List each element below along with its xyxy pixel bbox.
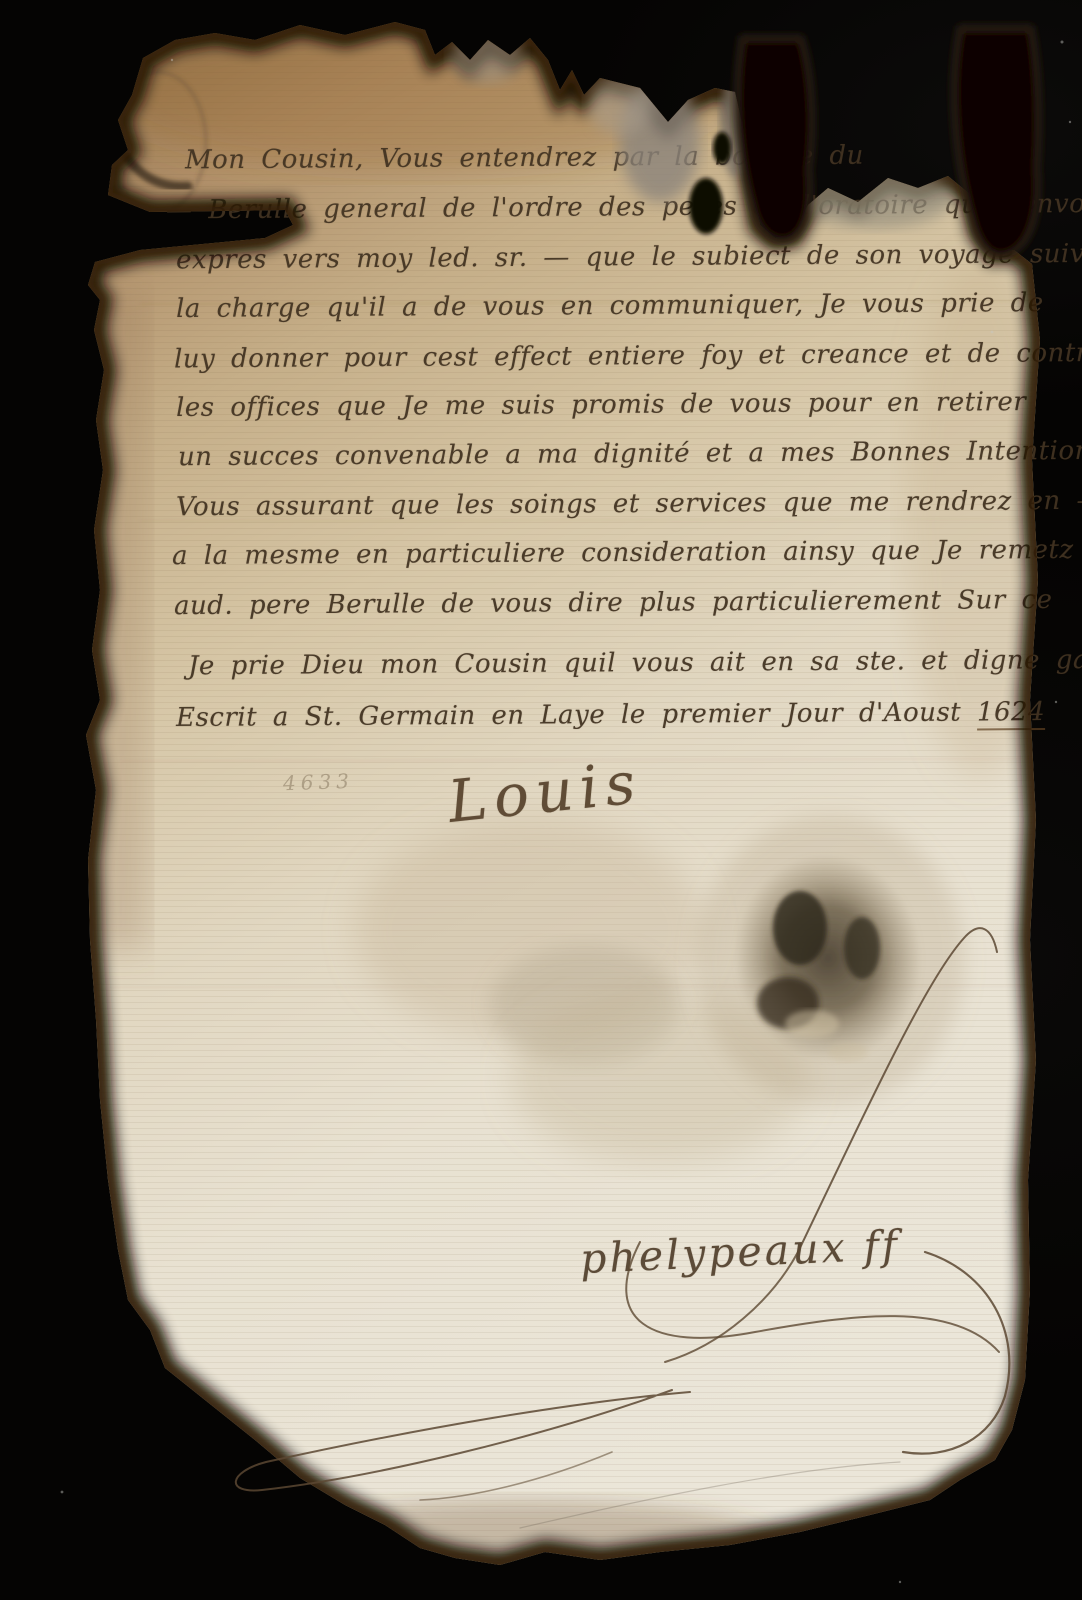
manuscript-photo: Mon Cousin, Vous entendrez par la bouche…: [0, 0, 1082, 1600]
manuscript-line: Je prie Dieu mon Cousin quil vous ait en…: [188, 645, 1082, 682]
manuscript-line: Vous assurant que les soings et services…: [176, 486, 1082, 522]
manuscript-line: a la mesme en particuliere consideration…: [172, 535, 1074, 571]
secretary-countersignature: phelypeaux ff: [579, 1221, 901, 1283]
manuscript-line: expres vers moy led. sr. — que le subiec…: [176, 239, 1082, 276]
royal-signature: Louis: [445, 748, 645, 836]
archival-number: 4633: [283, 769, 355, 795]
date-line-text: Escrit a St. Germain en Laye le premier …: [176, 697, 977, 733]
manuscript-line: la charge qu'il a de vous en communiquer…: [176, 288, 1044, 324]
manuscript-line: aud. pere Berulle de vous dire plus part…: [174, 585, 1053, 621]
manuscript-line: un succes convenable a ma dignité et a m…: [178, 436, 1082, 472]
manuscript-line: Escrit a St. Germain en Laye le premier …: [176, 697, 1045, 733]
manuscript-line: les offices que Je me suis promis de vou…: [176, 387, 1026, 423]
manuscript-line: Mon Cousin, Vous entendrez par la bouche…: [185, 141, 864, 176]
manuscript-line: — Berulle general de l'ordre des peres d…: [166, 189, 1082, 226]
manuscript-line: luy donner pour cest effect entiere foy …: [174, 338, 1082, 375]
letter-body: Mon Cousin, Vous entendrez par la bouche…: [0, 0, 1082, 1600]
date-year: 1624: [977, 697, 1045, 730]
